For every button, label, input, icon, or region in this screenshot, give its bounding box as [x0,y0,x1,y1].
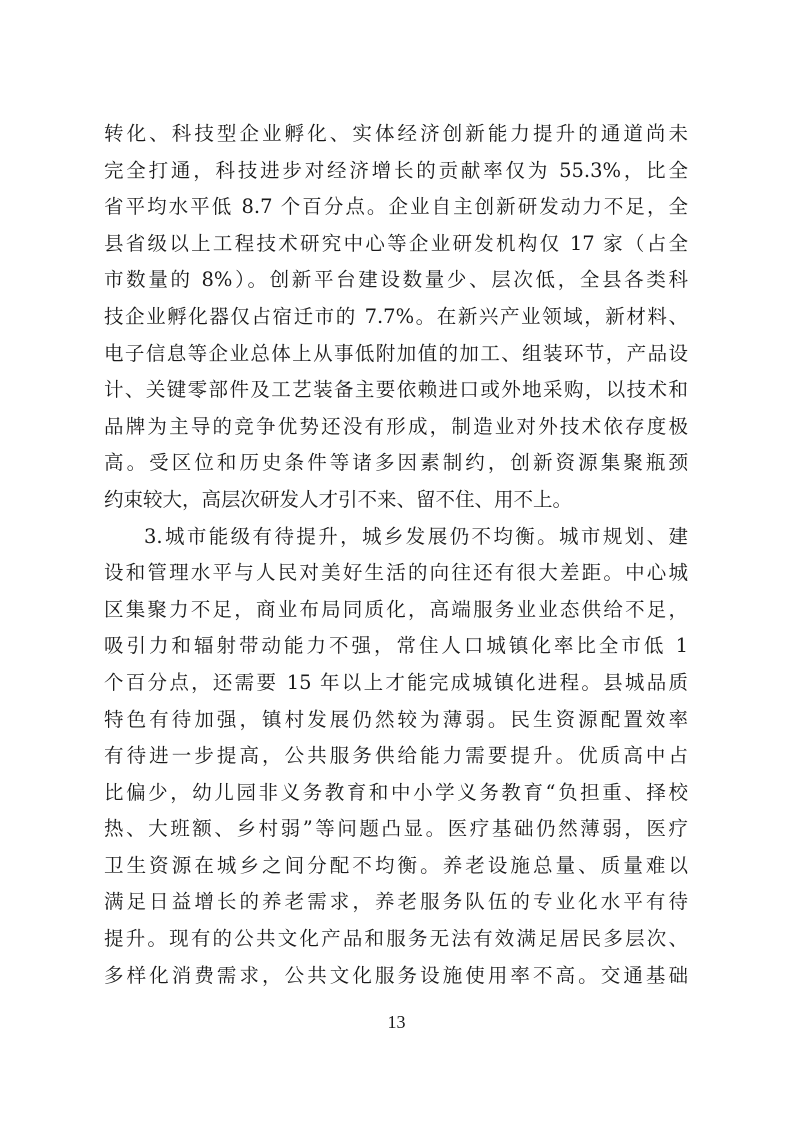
text-line: 县省级以上工程技术研究中心等企业研发机构仅 17 家（占全 [104,226,688,263]
paragraph-end-line: 约束较大，高层次研发人才引不来、留不住、用不上。 [104,482,688,519]
text-line: 个百分点，还需要 15 年以上才能完成城镇化进程。县城品质 [104,665,688,702]
text-line: 计、关键零部件及工艺装备主要依赖进口或外地采购，以技术和 [104,372,688,409]
text-line: 吸引力和辐射带动能力不强，常住人口城镇化率比全市低 1 [104,628,688,665]
document-page: 转化、科技型企业孵化、实体经济创新能力提升的通道尚未 完全打通，科技进步对经济增… [0,0,793,1122]
text-line: 比偏少，幼儿园非义务教育和中小学义务教育“负担重、择校 [104,775,688,812]
page-number: 13 [0,1012,793,1033]
text-line: 电子信息等企业总体上从事低附加值的加工、组装环节，产品设 [104,336,688,373]
text-line: 技企业孵化器仅占宿迁市的 7.7%。在新兴产业领域，新材料、 [104,299,688,336]
text-line: 品牌为主导的竞争优势还没有形成，制造业对外技术依存度极 [104,409,688,446]
section-heading-line: 3.城市能级有待提升，城乡发展仍不均衡。城市规划、建 [104,519,688,556]
body-text: 转化、科技型企业孵化、实体经济创新能力提升的通道尚未 完全打通，科技进步对经济增… [104,116,694,994]
text-line: 提升。现有的公共文化产品和服务无法有效满足居民多层次、 [104,921,688,958]
text-line: 市数量的 8%）。创新平台建设数量少、层次低，全县各类科 [104,262,688,299]
text-line: 区集聚力不足，商业布局同质化，高端服务业业态供给不足， [104,592,688,629]
text-line: 特色有待加强，镇村发展仍然较为薄弱。民生资源配置效率 [104,702,688,739]
text-line: 多样化消费需求，公共文化服务设施使用率不高。交通基础 [104,958,688,995]
text-line: 高。受区位和历史条件等诸多因素制约，创新资源集聚瓶颈 [104,445,688,482]
text-line: 卫生资源在城乡之间分配不均衡。养老设施总量、质量难以 [104,848,688,885]
text-line: 满足日益增长的养老需求，养老服务队伍的专业化水平有待 [104,884,688,921]
text-line: 热、大班额、乡村弱”等问题凸显。医疗基础仍然薄弱，医疗 [104,811,688,848]
text-line: 完全打通，科技进步对经济增长的贡献率仅为 55.3%，比全 [104,153,688,190]
text-line: 省平均水平低 8.7 个百分点。企业自主创新研发动力不足，全 [104,189,688,226]
text-line: 设和管理水平与人民对美好生活的向往还有很大差距。中心城 [104,555,688,592]
text-line: 有待进一步提高，公共服务供给能力需要提升。优质高中占 [104,738,688,775]
text-line: 转化、科技型企业孵化、实体经济创新能力提升的通道尚未 [104,116,688,153]
